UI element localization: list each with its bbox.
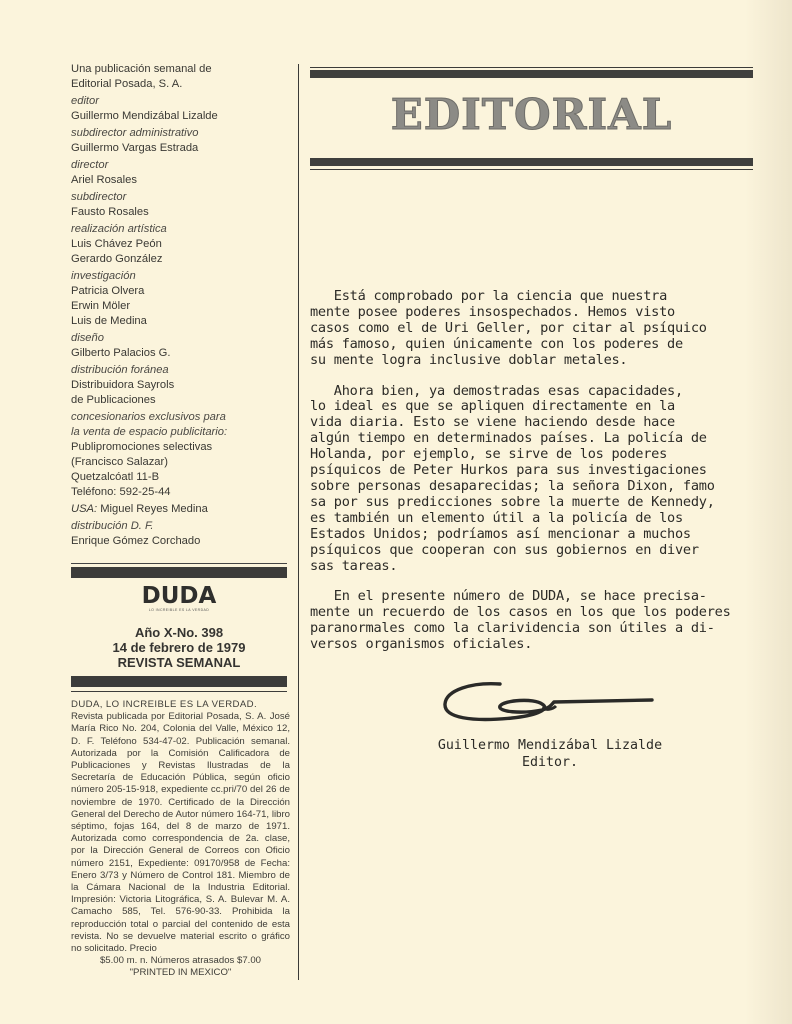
masthead-name: de Publicaciones <box>71 393 287 408</box>
masthead-group: directorAriel Rosales <box>71 158 287 188</box>
masthead-group: subdirectorFausto Rosales <box>71 190 287 220</box>
divider <box>310 67 753 68</box>
divider-bar <box>310 70 753 78</box>
masthead-name: Publipromociones selectivas <box>71 440 287 455</box>
signature-mark <box>442 680 657 728</box>
masthead-role: distribución D. F. <box>71 519 287 534</box>
masthead-inline-credit: USA: Miguel Reyes Medina <box>71 502 287 517</box>
legal-body: Revista publicada por Editorial Posada, … <box>71 711 290 954</box>
masthead-role: realización artística <box>71 222 287 237</box>
masthead-name: Luis Chávez Peón <box>71 237 287 252</box>
masthead-name: Gerardo González <box>71 252 287 267</box>
logo-tagline: LO INCREIBLE ES LA VERDAD <box>71 608 287 612</box>
column-divider <box>298 64 299 980</box>
legal-title: DUDA, LO INCREIBLE ES LA VERDAD. <box>71 699 290 711</box>
masthead-group: concesionarios exclusivos parala venta d… <box>71 410 287 500</box>
divider <box>310 169 753 170</box>
issue-frequency: REVISTA SEMANAL <box>71 655 287 670</box>
masthead-name: Teléfono: 592-25-44 <box>71 485 287 500</box>
masthead-name: Guillermo Mendizábal Lizalde <box>71 109 287 124</box>
masthead-name: Fausto Rosales <box>71 205 287 220</box>
masthead-group: USA: Miguel Reyes Medina <box>71 502 287 517</box>
masthead-name: (Francisco Salazar) <box>71 455 287 470</box>
masthead-name: Quetzalcóatl 11-B <box>71 470 287 485</box>
masthead-group: editorGuillermo Mendizábal Lizalde <box>71 94 287 124</box>
masthead-name: Luis de Medina <box>71 314 287 329</box>
issue-details: Año X-No. 398 14 de febrero de 1979 REVI… <box>71 625 287 670</box>
issue-number: Año X-No. 398 <box>71 625 287 640</box>
issue-date: 14 de febrero de 1979 <box>71 640 287 655</box>
article-paragraph: Ahora bien, ya demostradas esas capacida… <box>310 384 750 575</box>
legal-imprint: DUDA, LO INCREIBLE ES LA VERDAD. Revista… <box>71 699 290 980</box>
article-paragraph: Está comprobado por la ciencia que nuest… <box>310 289 750 369</box>
divider-bar <box>71 676 287 687</box>
masthead-role: editor <box>71 94 287 109</box>
divider-group <box>71 676 287 692</box>
duda-logo: DUDA <box>71 585 287 607</box>
legal-price: $5.00 m. n. Números atrasados $7.00 <box>71 955 290 967</box>
masthead-name: Gilberto Palacios G. <box>71 346 287 361</box>
intro-line: Una publicación semanal de <box>71 62 287 77</box>
intro-line: Editorial Posada, S. A. <box>71 77 287 92</box>
masthead-role: concesionarios exclusivos para <box>71 410 287 425</box>
masthead-role: la venta de espacio publicitario: <box>71 425 287 440</box>
masthead-role: director <box>71 158 287 173</box>
signer-name: Guillermo Mendizábal Lizalde <box>420 738 680 755</box>
signer-block: Guillermo Mendizábal Lizalde Editor. <box>420 738 680 771</box>
masthead-group: diseñoGilberto Palacios G. <box>71 331 287 361</box>
masthead-name: Guillermo Vargas Estrada <box>71 141 287 156</box>
masthead-role: USA: <box>71 503 97 515</box>
masthead-group: investigaciónPatricia OlveraErwin MölerL… <box>71 269 287 329</box>
masthead-role: subdirector administrativo <box>71 126 287 141</box>
divider-bar <box>310 158 753 166</box>
masthead-intro: Una publicación semanal de Editorial Pos… <box>71 62 287 92</box>
masthead-group: distribución foráneaDistribuidora Sayrol… <box>71 363 287 408</box>
masthead-group: subdirector administrativoGuillermo Varg… <box>71 126 287 156</box>
editorial-title: EDITORIAL <box>310 84 753 146</box>
masthead-role: investigación <box>71 269 287 284</box>
editorial-header: EDITORIAL <box>310 67 753 170</box>
masthead-role: diseño <box>71 331 287 346</box>
masthead-name: Patricia Olvera <box>71 284 287 299</box>
masthead-name: Erwin Möler <box>71 299 287 314</box>
divider-bar <box>71 567 287 578</box>
masthead-name: Distribuidora Sayrols <box>71 378 287 393</box>
masthead-group: realización artísticaLuis Chávez PeónGer… <box>71 222 287 267</box>
masthead-name: Miguel Reyes Medina <box>100 503 208 515</box>
printed-in-mexico: "PRINTED IN MEXICO" <box>71 967 290 979</box>
masthead-role: distribución foránea <box>71 363 287 378</box>
masthead-role: subdirector <box>71 190 287 205</box>
masthead-group: distribución D. F.Enrique Gómez Corchado <box>71 519 287 549</box>
article-paragraph: En el presente número de DUDA, se hace p… <box>310 589 750 653</box>
masthead-name: Ariel Rosales <box>71 173 287 188</box>
divider <box>71 563 287 564</box>
legal-price-label: Precio <box>130 943 157 954</box>
masthead-credits: Una publicación semanal de Editorial Pos… <box>71 62 287 551</box>
issue-info-block: DUDA LO INCREIBLE ES LA VERDAD Año X-No.… <box>71 563 287 692</box>
masthead-name: Enrique Gómez Corchado <box>71 534 287 549</box>
editorial-article: Está comprobado por la ciencia que nuest… <box>310 289 750 668</box>
signer-title: Editor. <box>420 755 680 772</box>
divider <box>71 691 287 692</box>
